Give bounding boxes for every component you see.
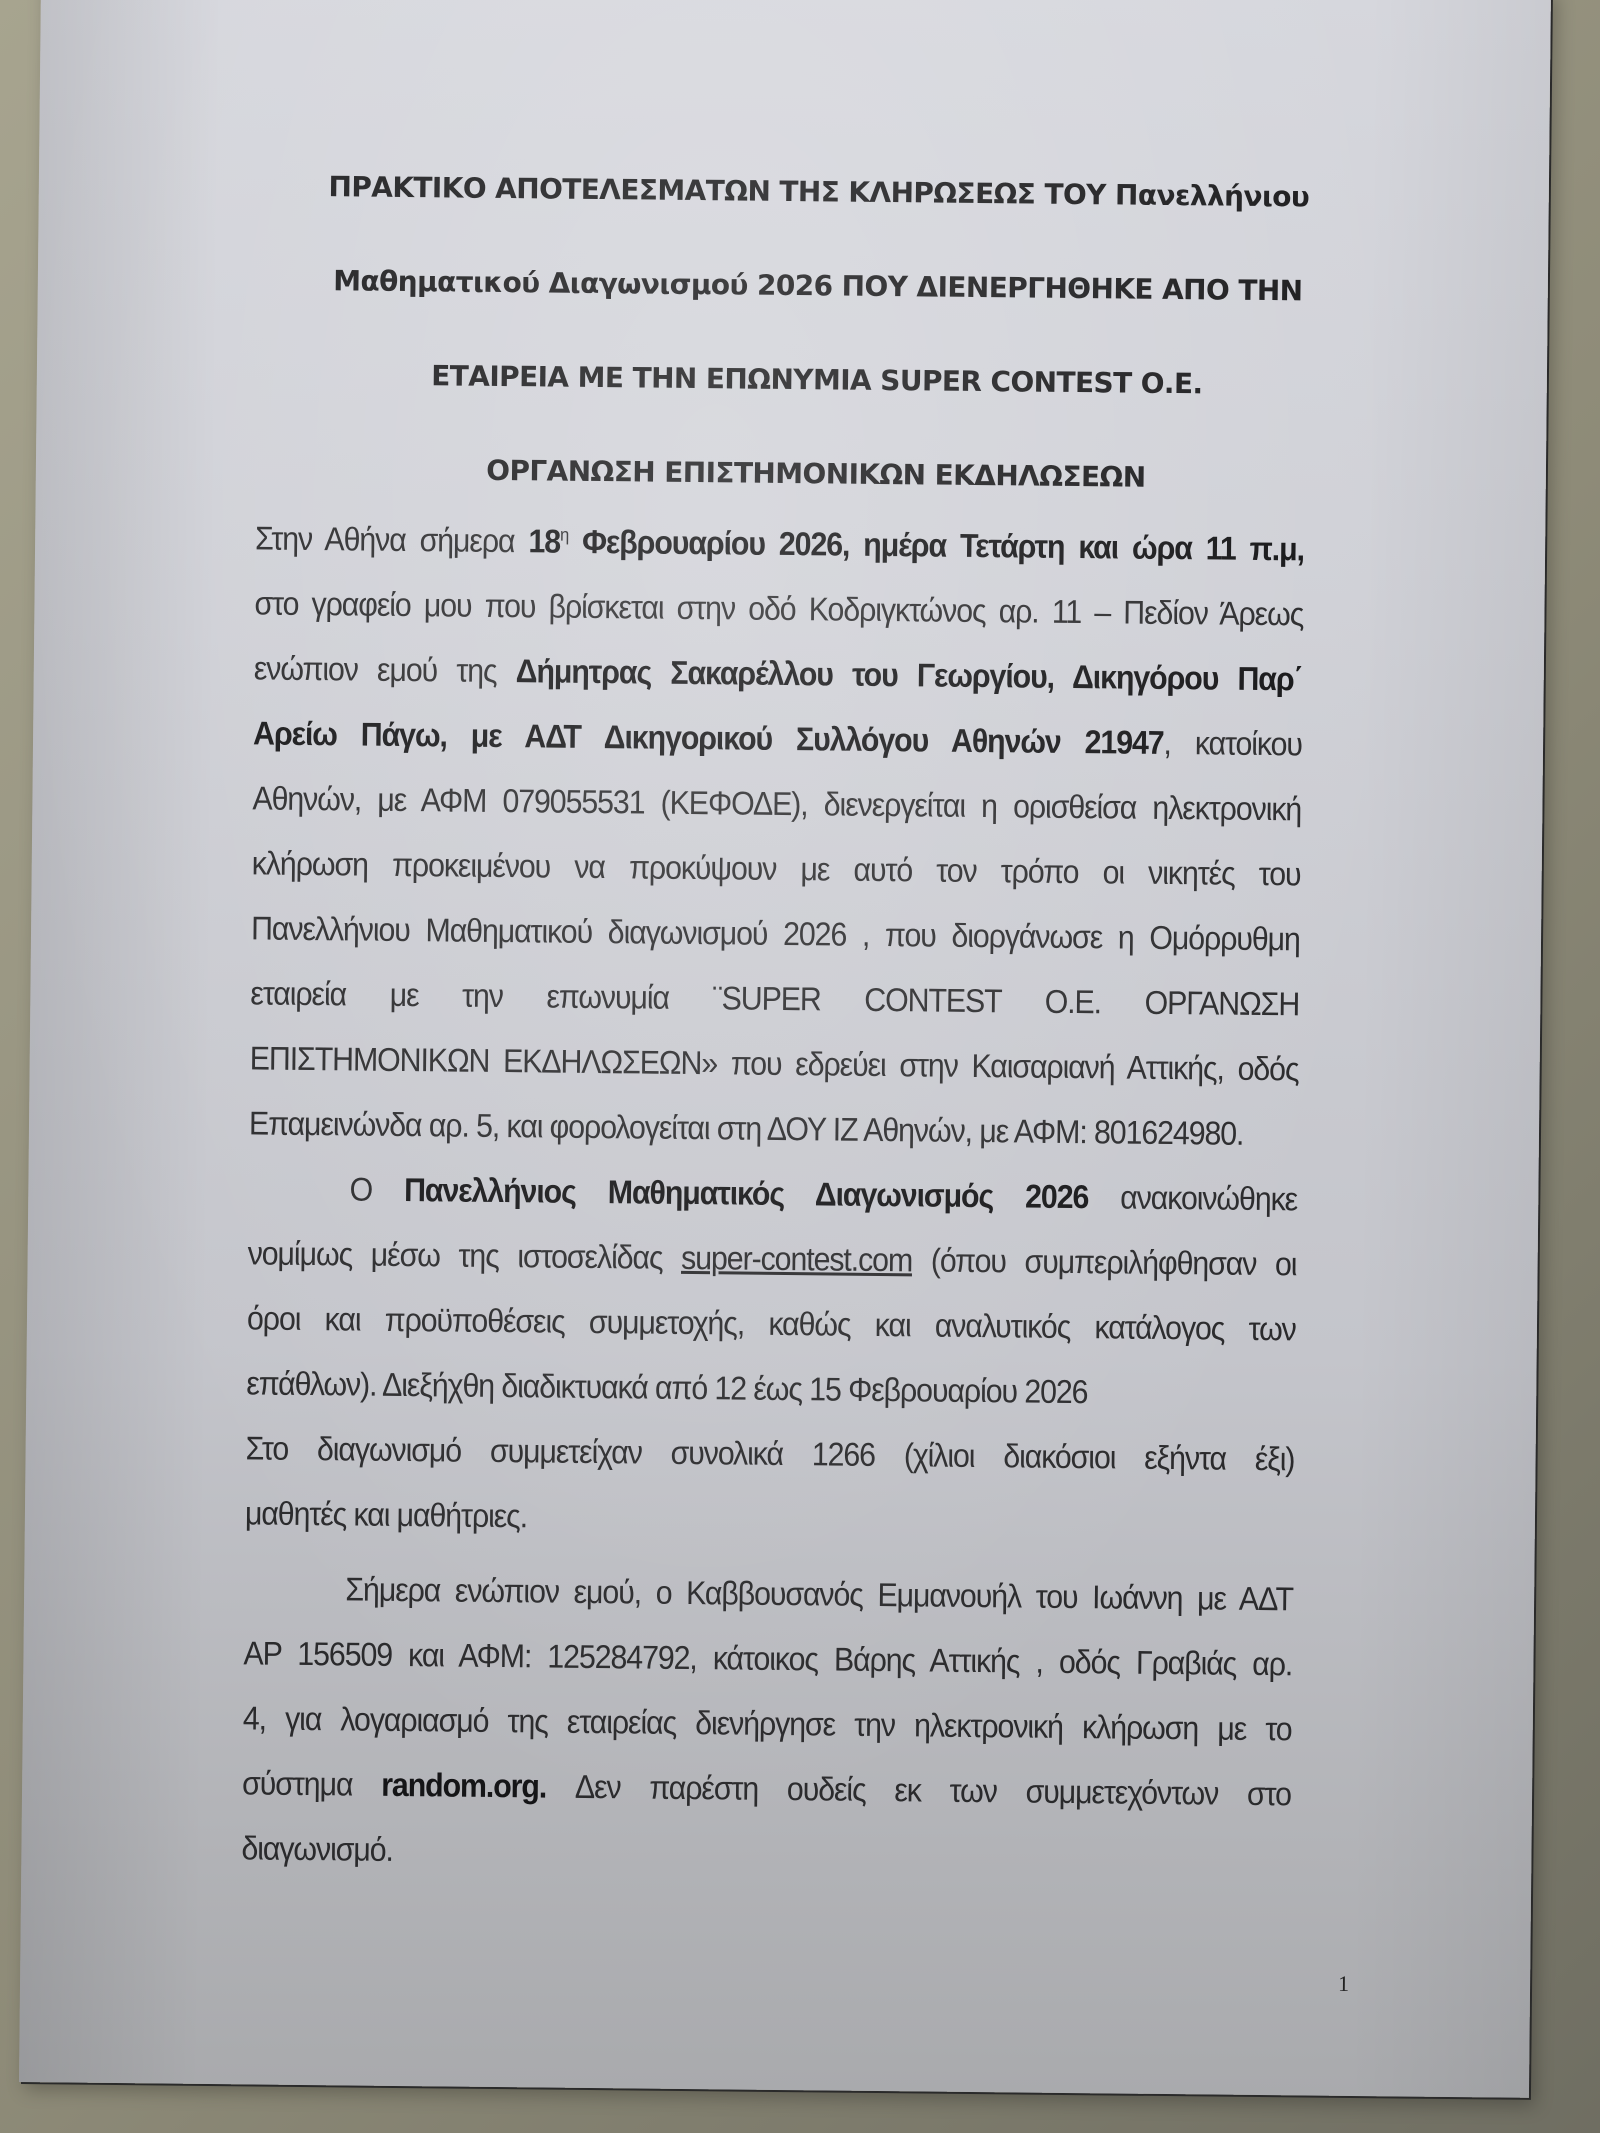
contest-name: Πανελλήνιος Μαθηματικός Διαγωνισμός 2026 (404, 1171, 1089, 1215)
text-line: μαθητές και μαθήτριες. (245, 1480, 1294, 1556)
document-page: ΠΡΑΚΤΙΚΟ ΑΠΟΤΕΛΕΣΜΑΤΩΝ ΤΗΣ ΚΛΗΡΩΣΕΩΣ ΤΟΥ… (19, 0, 1551, 2098)
text-span: σύστημα (242, 1764, 381, 1802)
text-span: Δεν παρέστη ουδείς εκ των συμμετεχόντων … (546, 1768, 1291, 1813)
text-line: Αρείω Πάγω, με ΑΔΤ Δικηγορικού Συλλόγου … (253, 700, 1302, 776)
lawyer-name: Δήμητρας Σακαρέλλου του Γεωργίου, Δικηγό… (516, 652, 1303, 697)
text-line: Αθηνών, με ΑΦΜ 079055531 (ΚΕΦΟΔΕ), διενε… (252, 765, 1301, 841)
text-line: εταιρεία με την επωνυμία ¨SUPER CONTEST … (250, 960, 1299, 1036)
text-line: επάθλων). Διεξήχθη διαδικτυακά από 12 έω… (246, 1350, 1295, 1426)
text-span: (όπου συμπεριλήφθησαν οι (912, 1241, 1297, 1282)
text-line: Πανελλήνιου Μαθηματικού διαγωνισμού 2026… (251, 895, 1300, 971)
text-span: , κατοίκου (1163, 724, 1302, 762)
date-text: Φεβρουαρίου 2026, ημέρα Τετάρτη και ώρα … (568, 523, 1304, 568)
text-span: ανακοινώθηκε (1088, 1178, 1297, 1217)
text-line: διαγωνισμό. (241, 1815, 1290, 1891)
text-line: Επαμεινώνδα αρ. 5, και φορολογείται στη … (249, 1090, 1298, 1166)
text-line: νομίμως μέσω της ιστοσελίδας super-conte… (247, 1220, 1296, 1296)
text-line: Στο διαγωνισμό συμμετείχαν συνολικά 1266… (245, 1415, 1294, 1491)
text-span: Στην Αθήνα σήμερα (255, 519, 529, 559)
text-line: ΕΠΙΣΤΗΜΟΝΙΚΩΝ ΕΚΔΗΛΩΣΕΩΝ» που εδρεύει στ… (249, 1025, 1298, 1101)
title-line: ΕΤΑΙΡΕΙΑ ΜΕ ΤΗΝ ΕΠΩΝΥΜΙΑ SUPER CONTEST Ο… (236, 327, 1397, 433)
paragraph-draw: Σήμερα ενώπιον εμού, ο Καββουσανός Εμμαν… (241, 1555, 1293, 1891)
document-title: ΠΡΑΚΤΙΚΟ ΑΠΟΤΕΛΕΣΜΑΤΩΝ ΤΗΣ ΚΛΗΡΩΣΕΩΣ ΤΟΥ… (235, 139, 1399, 527)
website-link[interactable]: super-contest.com (681, 1239, 912, 1278)
text-span: Ο (349, 1170, 404, 1208)
text-line: όροι και προϋποθέσεις συμμετοχής, καθώς … (247, 1285, 1296, 1361)
text-line: Ο Πανελλήνιος Μαθηματικός Διαγωνισμός 20… (248, 1155, 1297, 1231)
text-line: κλήρωση προκειμένου να προκύψουν με αυτό… (251, 830, 1300, 906)
text-span: νομίμως μέσω της ιστοσελίδας (247, 1234, 681, 1276)
text-line: 4, για λογαριασμό της εταιρείας διενήργη… (242, 1685, 1291, 1761)
page-number: 1 (1338, 1971, 1349, 1997)
document-body: Στην Αθήνα σήμερα 18η Φεβρουαρίου 2026, … (241, 499, 1304, 1891)
text-line: ενώπιον εμού της Δήμητρας Σακαρέλλου του… (253, 635, 1302, 711)
paragraph-opening: Στην Αθήνα σήμερα 18η Φεβρουαρίου 2026, … (249, 499, 1305, 1166)
text-line: σύστημα random.org. Δεν παρέστη ουδείς ε… (242, 1750, 1291, 1826)
text-line: ΑΡ 156509 και ΑΦΜ: 125284792, κάτοικος Β… (243, 1620, 1292, 1696)
text-line: στο γραφείο μου που βρίσκεται στην οδό Κ… (254, 570, 1303, 646)
paragraph-contest: Ο Πανελλήνιος Μαθηματικός Διαγωνισμός 20… (245, 1155, 1298, 1556)
text-span: ενώπιον εμού της (254, 649, 516, 689)
draw-system: random.org. (381, 1766, 546, 1805)
text-line: Σήμερα ενώπιον εμού, ο Καββουσανός Εμμαν… (244, 1555, 1293, 1631)
date-day: 18 (528, 522, 560, 559)
title-line: ΠΡΑΚΤΙΚΟ ΑΠΟΤΕΛΕΣΜΑΤΩΝ ΤΗΣ ΚΛΗΡΩΣΕΩΣ ΤΟΥ… (238, 139, 1399, 245)
text-line: Στην Αθήνα σήμερα 18η Φεβρουαρίου 2026, … (255, 499, 1304, 581)
lawyer-id: Αρείω Πάγω, με ΑΔΤ Δικηγορικού Συλλόγου … (253, 714, 1164, 761)
title-line: Μαθηματικού Διαγωνισμού 2026 ΠΟΥ ΔΙΕΝΕΡΓ… (237, 233, 1398, 339)
